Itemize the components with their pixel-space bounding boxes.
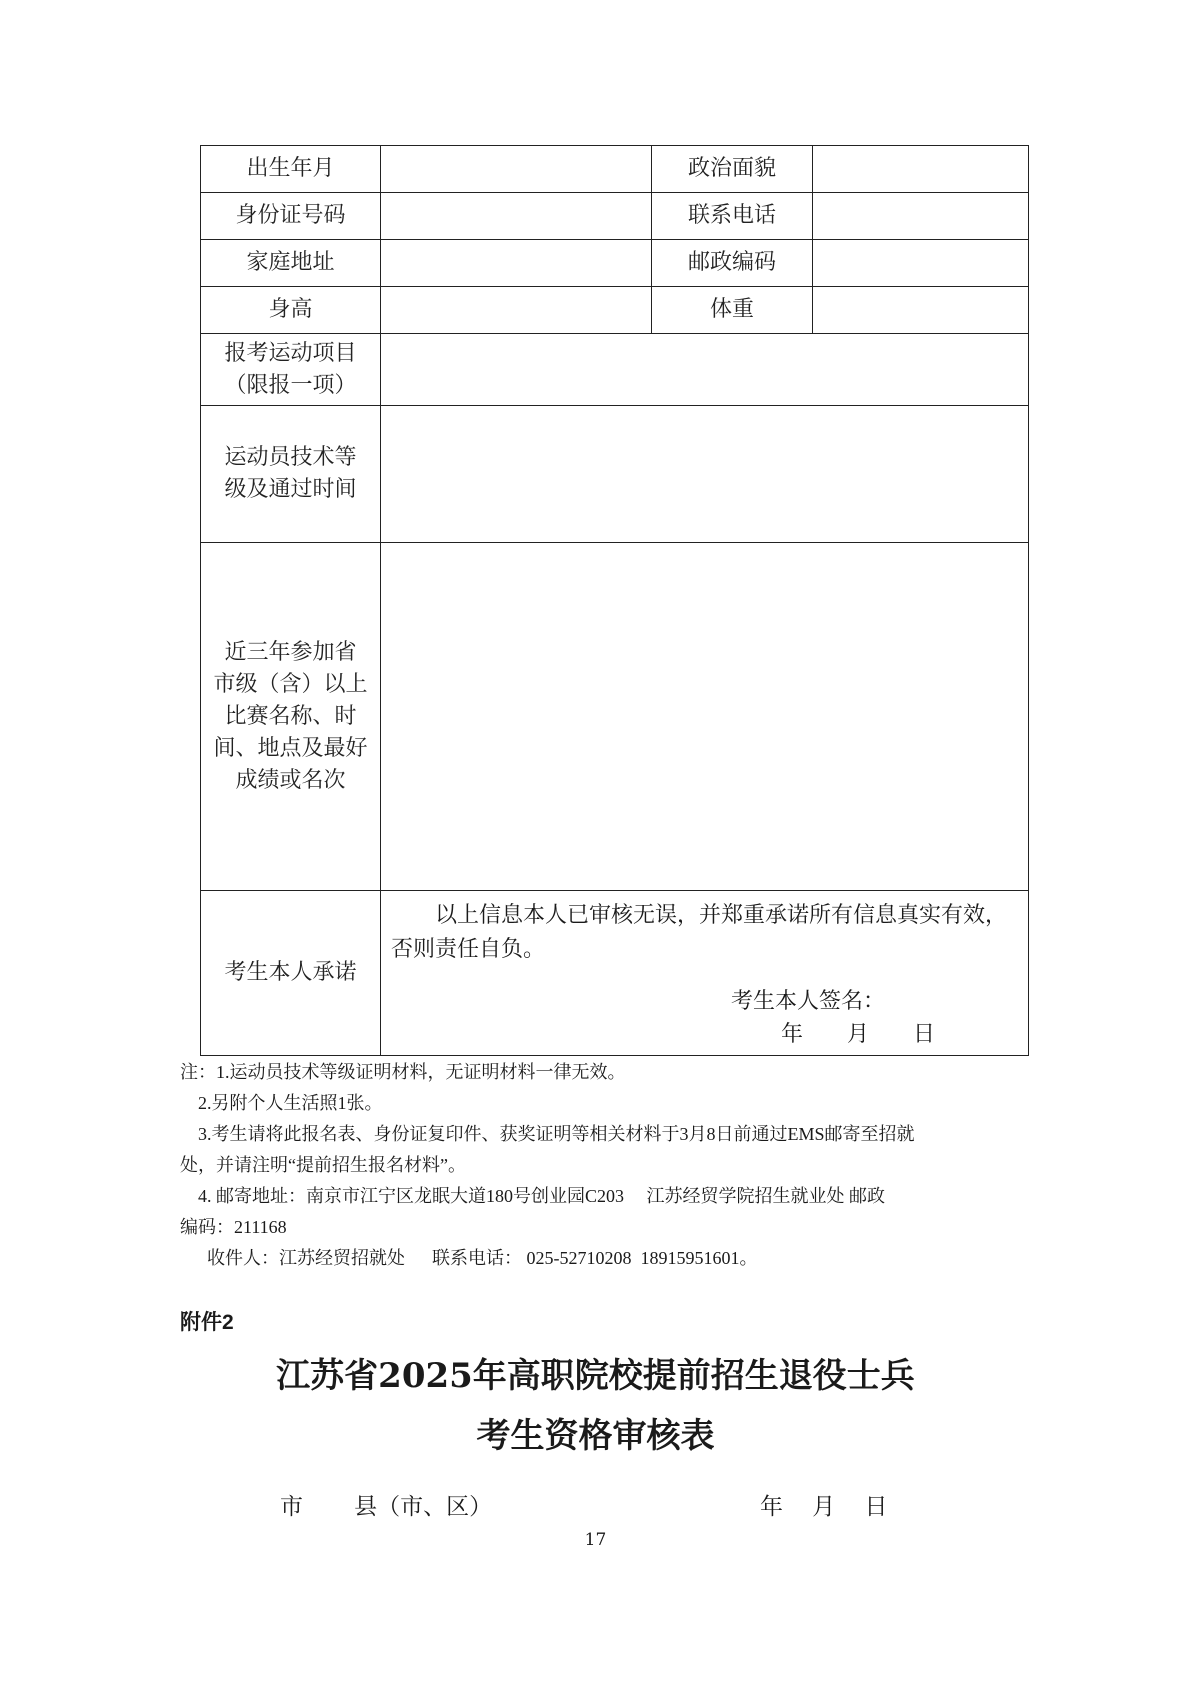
date-label: 年 月 日 (760, 1488, 888, 1521)
table-row: 身份证号码 联系电话 (201, 193, 1029, 240)
signature-label: 考生本人签名： (731, 986, 885, 1018)
table-row: 出生年月 政治面貌 (201, 146, 1029, 193)
weight-field[interactable] (813, 287, 1029, 334)
attachment-title-line1: 江苏省2025年高职院校提前招生退役士兵 (0, 1348, 1191, 1397)
location-label: 市 县（市、区） (280, 1488, 492, 1521)
sport-item-label: 报考运动项目 （限报一项） (201, 334, 381, 406)
athlete-level-label: 运动员技术等 级及通过时间 (201, 406, 381, 543)
attachment-title-line2: 考生资格审核表 (0, 1408, 1191, 1457)
note-line: 注：1.运动员技术等级证明材料，无证明材料一律无效。 (180, 1057, 1040, 1088)
note-line: 2.另附个人生活照1张。 (180, 1088, 1040, 1119)
weight-label: 体重 (652, 287, 813, 334)
height-field[interactable] (381, 287, 652, 334)
note-line: 收件人：江苏经贸招就处 联系电话： 025-52710208 189159516… (180, 1243, 1040, 1274)
political-status-field[interactable] (813, 146, 1029, 193)
table-row: 家庭地址 邮政编码 (201, 240, 1029, 287)
note-line: 3.考生请将此报名表、身份证复印件、获奖证明等相关材料于3月8日前通过EMS邮寄… (180, 1119, 1040, 1150)
postal-code-field[interactable] (813, 240, 1029, 287)
phone-label: 联系电话 (652, 193, 813, 240)
attachment-label: 附件2 (180, 1306, 234, 1336)
note-line: 4. 邮寄地址：南京市江宁区龙眠大道180号创业园C203 江苏经贸学院招生就业… (180, 1181, 1040, 1212)
postal-code-label: 邮政编码 (652, 240, 813, 287)
home-address-label: 家庭地址 (201, 240, 381, 287)
competitions-label-line: 比赛名称、时 (201, 701, 380, 733)
pledge-text: 以上信息本人已审核无误，并郑重承诺所有信息真实有效，否则责任自负。 (391, 899, 1018, 967)
competitions-label-line: 成绩或名次 (201, 765, 380, 797)
sport-item-label-line: （限报一项） (201, 370, 380, 402)
pledge-cell: 以上信息本人已审核无误，并郑重承诺所有信息真实有效，否则责任自负。 考生本人签名… (381, 891, 1029, 1056)
registration-form-table: 出生年月 政治面貌 身份证号码 联系电话 家庭地址 邮政编码 身高 体重 报考运… (200, 145, 1029, 1056)
page-number: 17 (0, 1530, 1191, 1550)
table-row: 考生本人承诺 以上信息本人已审核无误，并郑重承诺所有信息真实有效，否则责任自负。… (201, 891, 1029, 1056)
table-row: 身高 体重 (201, 287, 1029, 334)
id-number-label: 身份证号码 (201, 193, 381, 240)
competitions-label-line: 间、地点及最好 (201, 733, 380, 765)
table-row: 报考运动项目 （限报一项） (201, 334, 1029, 406)
pledge-date-label: 年 月 日 (781, 1019, 935, 1051)
table-row: 运动员技术等 级及通过时间 (201, 406, 1029, 543)
home-address-field[interactable] (381, 240, 652, 287)
competitions-label-line: 近三年参加省 (201, 637, 380, 669)
sport-item-label-line: 报考运动项目 (201, 338, 380, 370)
competitions-label-line: 市级（含）以上 (201, 669, 380, 701)
birth-date-field[interactable] (381, 146, 652, 193)
table-row: 近三年参加省 市级（含）以上 比赛名称、时 间、地点及最好 成绩或名次 (201, 543, 1029, 891)
sport-item-field[interactable] (381, 334, 1029, 406)
athlete-level-label-line: 级及通过时间 (201, 474, 380, 506)
notes-section: 注：1.运动员技术等级证明材料，无证明材料一律无效。 2.另附个人生活照1张。 … (180, 1057, 1040, 1274)
note-line: 编码：211168 (180, 1212, 1040, 1243)
height-label: 身高 (201, 287, 381, 334)
competitions-field[interactable] (381, 543, 1029, 891)
athlete-level-label-line: 运动员技术等 (201, 442, 380, 474)
political-status-label: 政治面貌 (652, 146, 813, 193)
competitions-label: 近三年参加省 市级（含）以上 比赛名称、时 间、地点及最好 成绩或名次 (201, 543, 381, 891)
pledge-label: 考生本人承诺 (201, 891, 381, 1056)
athlete-level-field[interactable] (381, 406, 1029, 543)
note-line: 处，并请注明“提前招生报名材料”。 (180, 1150, 1040, 1181)
birth-date-label: 出生年月 (201, 146, 381, 193)
id-number-field[interactable] (381, 193, 652, 240)
phone-field[interactable] (813, 193, 1029, 240)
